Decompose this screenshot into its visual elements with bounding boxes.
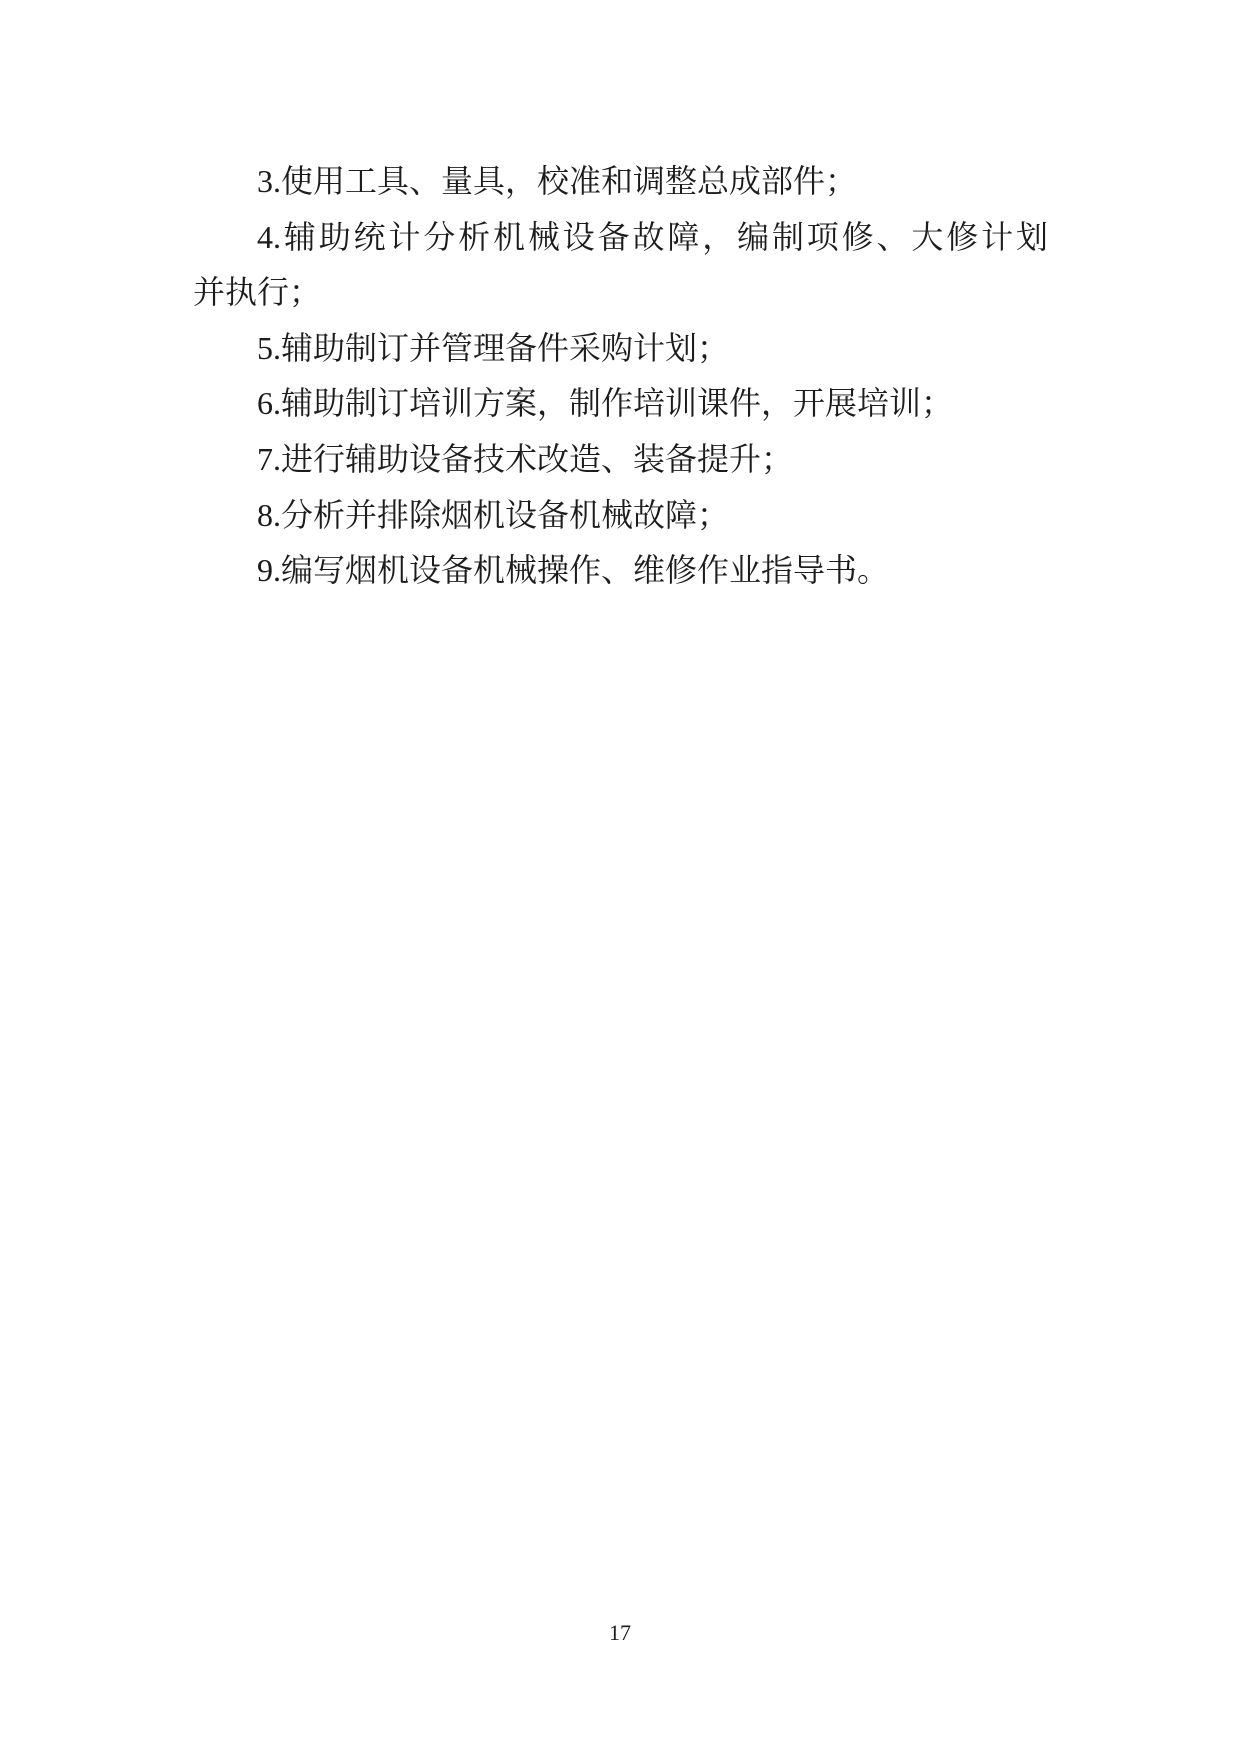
list-item-7: 7.进行辅助设备技术改造、装备提升；	[193, 432, 1048, 488]
page-footer: 17	[0, 1620, 1240, 1646]
list-item-4-line-1: 4.辅助统计分析机械设备故障，编制项修、大修计划	[193, 210, 1048, 266]
list-item-6: 6.辅助制订培训方案，制作培训课件，开展培训；	[193, 376, 1048, 432]
list-item-3: 3.使用工具、量具，校准和调整总成部件；	[193, 154, 1048, 210]
list-item-4-line-2: 并执行；	[193, 265, 1048, 321]
list-item-9: 9.编写烟机设备机械操作、维修作业指导书。	[193, 543, 1048, 599]
document-page: 3.使用工具、量具，校准和调整总成部件； 4.辅助统计分析机械设备故障，编制项修…	[0, 0, 1240, 1753]
list-item-5: 5.辅助制订并管理备件采购计划；	[193, 321, 1048, 377]
page-number: 17	[609, 1620, 631, 1646]
body-text: 3.使用工具、量具，校准和调整总成部件； 4.辅助统计分析机械设备故障，编制项修…	[193, 154, 1048, 599]
list-item-8: 8.分析并排除烟机设备机械故障；	[193, 488, 1048, 544]
